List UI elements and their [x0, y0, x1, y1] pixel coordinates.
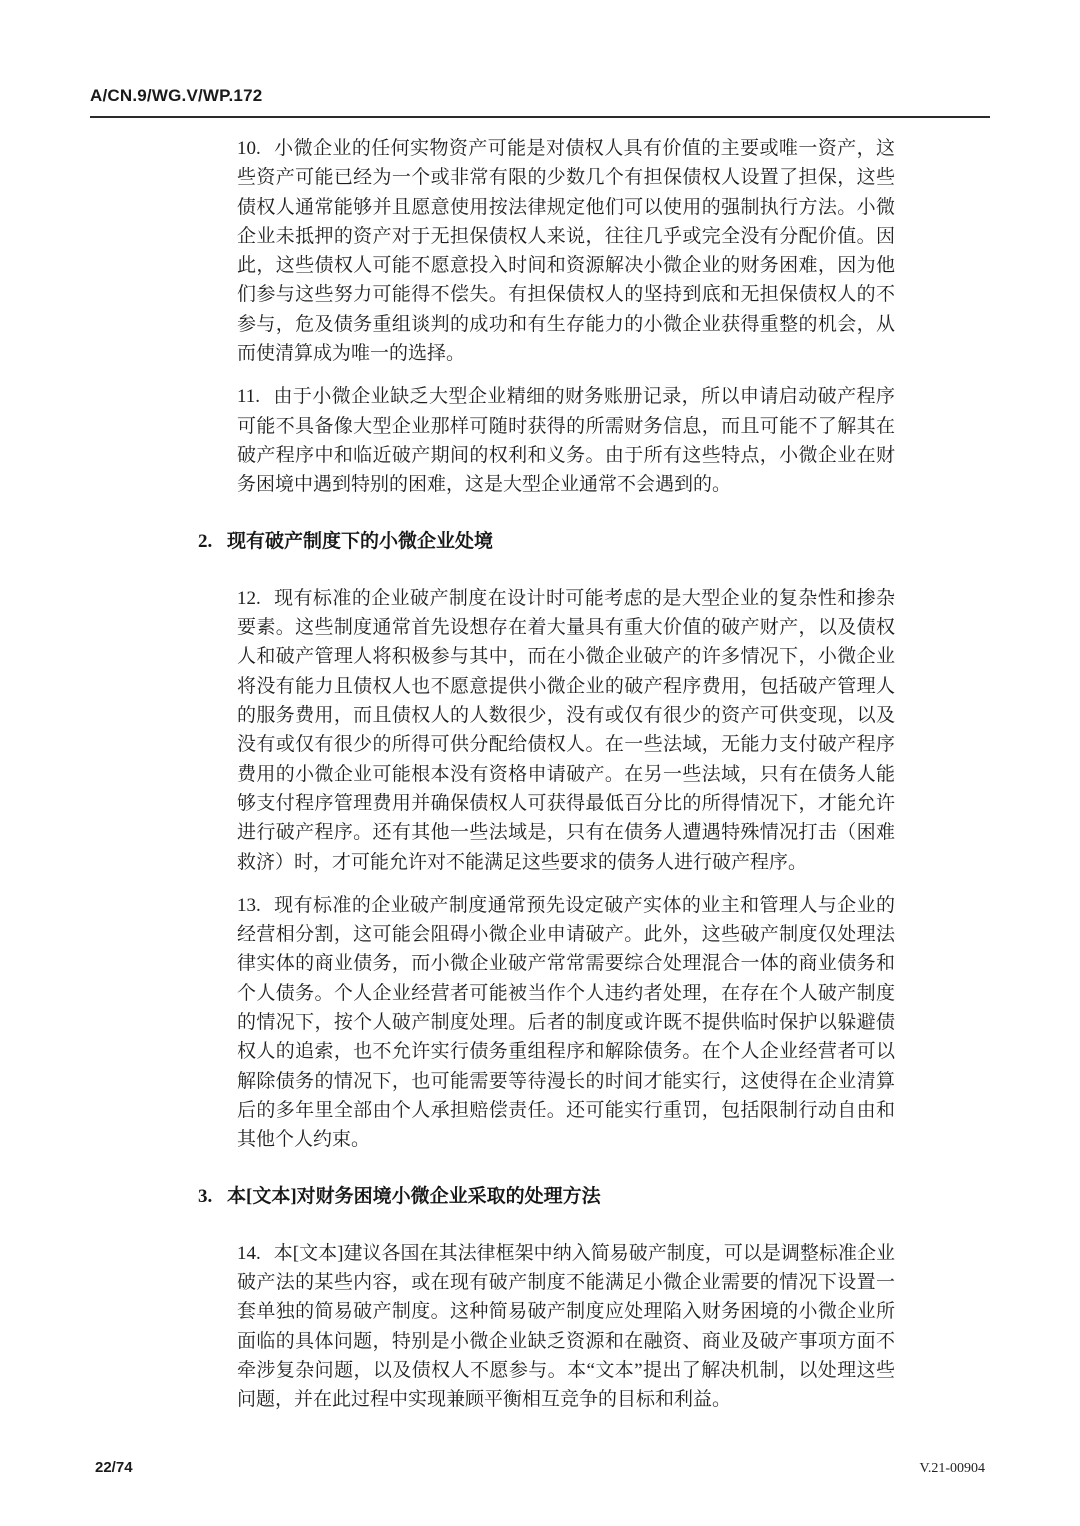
paragraph-text: 由于小微企业缺乏大型企业精细的财务账册记录，所以申请启动破产程序可能不具备像大型…	[237, 386, 895, 495]
document-page: A/CN.9/WG.V/WP.172 10.小微企业的任何实物资产可能是对债权人…	[0, 0, 1080, 1526]
page-number: 22/74	[95, 1459, 133, 1476]
paragraph-text: 现有标准的企业破产制度在设计时可能考虑的是大型企业的复杂性和掺杂要素。这些制度通…	[237, 588, 895, 873]
paragraph-12: 12.现有标准的企业破产制度在设计时可能考虑的是大型企业的复杂性和掺杂要素。这些…	[237, 584, 895, 877]
doc-reference: V.21-00904	[920, 1461, 985, 1477]
heading-text: 本[文本]对财务困境小微企业采取的处理方法	[227, 1182, 601, 1211]
heading-number: 2.	[198, 527, 227, 556]
paragraph-number: 10.	[237, 138, 274, 159]
document-body: 10.小微企业的任何实物资产可能是对债权人具有价值的主要或唯一资产，这些资产可能…	[237, 134, 895, 1429]
header-rule	[90, 116, 990, 118]
paragraph-text: 小微企业的任何实物资产可能是对债权人具有价值的主要或唯一资产，这些资产可能已经为…	[237, 138, 895, 364]
paragraph-text: 现有标准的企业破产制度通常预先设定破产实体的业主和管理人与企业的经营相分割，这可…	[237, 895, 895, 1150]
paragraph-number: 13.	[237, 895, 274, 916]
doc-symbol: A/CN.9/WG.V/WP.172	[90, 86, 262, 106]
section-heading-2: 2. 现有破产制度下的小微企业处境	[198, 527, 895, 556]
paragraph-number: 11.	[237, 386, 273, 407]
paragraph-text: 本[文本]建议各国在其法律框架中纳入简易破产制度，可以是调整标准企业破产法的某些…	[237, 1243, 895, 1410]
paragraph-number: 12.	[237, 588, 274, 609]
heading-number: 3.	[198, 1182, 227, 1211]
paragraph-10: 10.小微企业的任何实物资产可能是对债权人具有价值的主要或唯一资产，这些资产可能…	[237, 134, 895, 368]
section-heading-3: 3. 本[文本]对财务困境小微企业采取的处理方法	[198, 1182, 895, 1211]
paragraph-11: 11.由于小微企业缺乏大型企业精细的财务账册记录，所以申请启动破产程序可能不具备…	[237, 382, 895, 499]
paragraph-14: 14.本[文本]建议各国在其法律框架中纳入简易破产制度，可以是调整标准企业破产法…	[237, 1239, 895, 1415]
paragraph-13: 13.现有标准的企业破产制度通常预先设定破产实体的业主和管理人与企业的经营相分割…	[237, 891, 895, 1155]
paragraph-number: 14.	[237, 1243, 274, 1264]
heading-text: 现有破产制度下的小微企业处境	[227, 527, 493, 556]
